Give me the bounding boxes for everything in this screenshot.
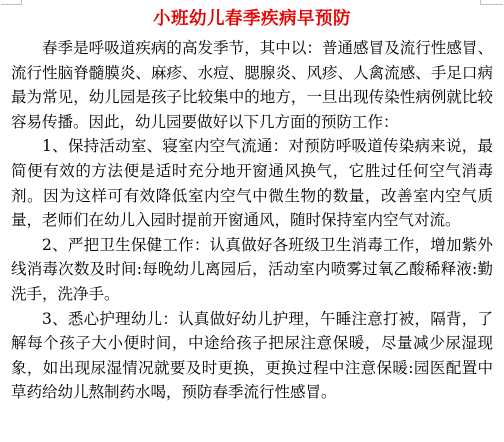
document-body: 春季是呼吸道疾病的高发季节，其中以：普通感冒及流行性感冒、流行性脑脊髓膜炎、麻疹… bbox=[11, 36, 493, 405]
paragraph-intro: 春季是呼吸道疾病的高发季节，其中以：普通感冒及流行性感冒、流行性脑脊髓膜炎、麻疹… bbox=[11, 36, 493, 134]
text-boundary-mark-top-left bbox=[1, 0, 22, 5]
text-boundary-mark-top-right bbox=[480, 0, 503, 5]
paragraph-item-3-care: 3、悉心护理幼儿：认真做好幼儿护理，午睡注意打被，隔背，了解每个孩子大小便时间，… bbox=[11, 307, 493, 405]
paragraph-item-2-hygiene: 2、严把卫生保健工作：认真做好各班级卫生消毒工作，增加紫外线消毒次数及时间:每晚… bbox=[11, 233, 493, 307]
document-page: 小班幼儿春季疾病早预防 春季是呼吸道疾病的高发季节，其中以：普通感冒及流行性感冒… bbox=[0, 0, 504, 442]
paragraph-item-1-ventilation: 1、保持活动室、寝室内空气流通：对预防呼吸道传染病来说，最简便有效的方法便是适时… bbox=[11, 134, 493, 232]
document-title: 小班幼儿春季疾病早预防 bbox=[0, 7, 504, 32]
